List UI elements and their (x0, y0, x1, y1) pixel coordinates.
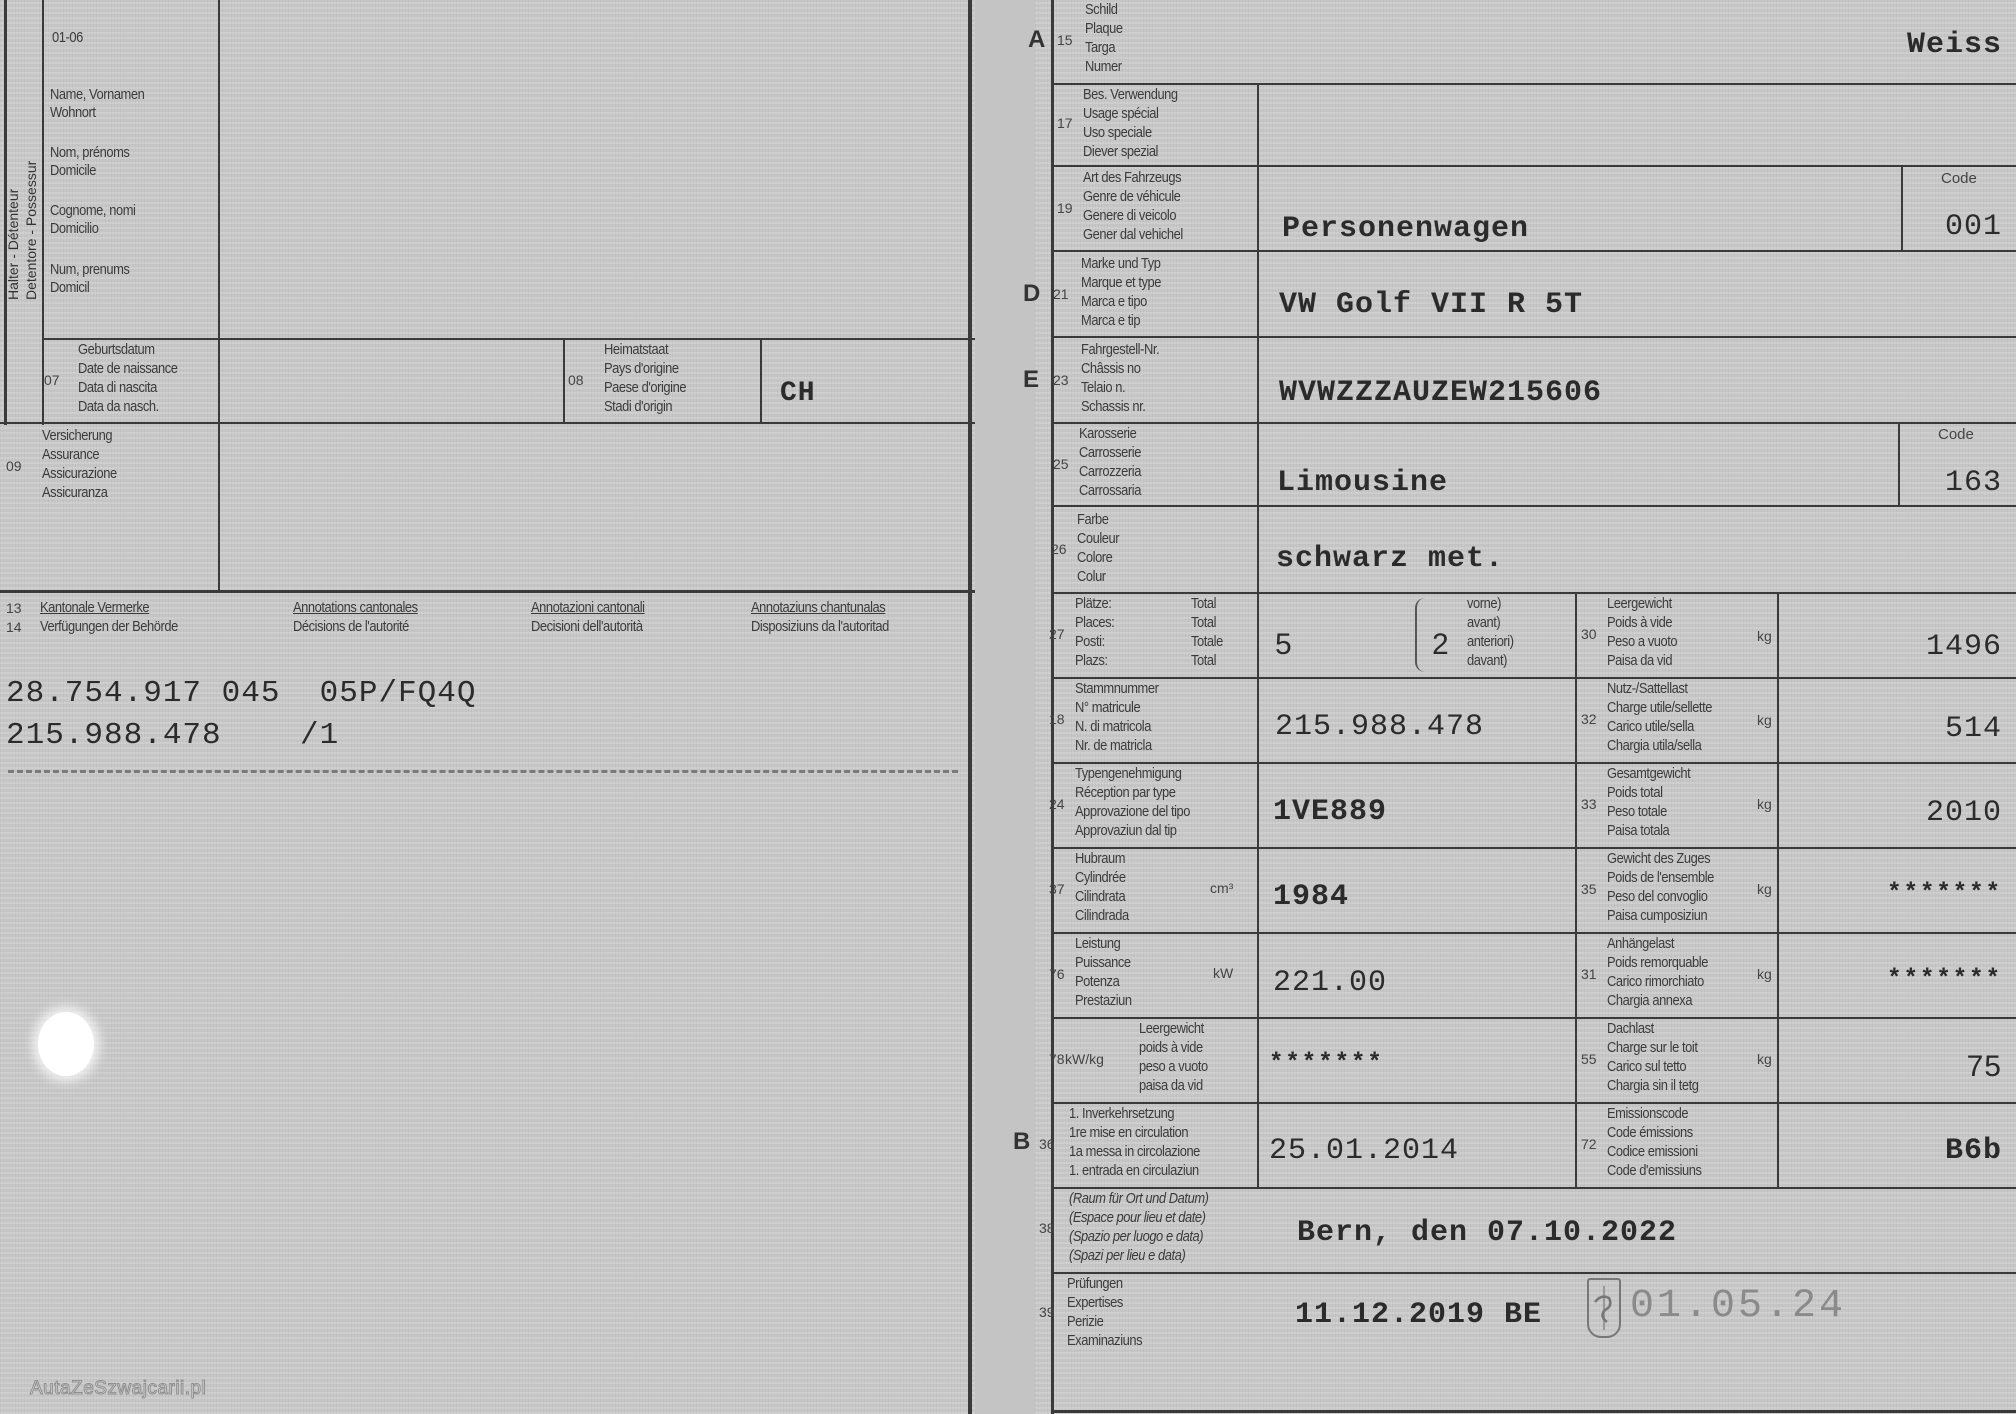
field-label: (Spazi per lieu e data) (1069, 1246, 1185, 1265)
field-label: Emissionscode (1607, 1104, 1688, 1123)
payload-value: 514 (1945, 712, 2002, 746)
inspection-value: 11.12.2019 BE (1295, 1298, 1542, 1332)
field-label: Carico rimorchiato (1607, 972, 1704, 991)
scan-glare (38, 1012, 94, 1076)
field-label: Paisa cumposiziun (1607, 906, 1707, 925)
decisions-header-fr: Décisions de l'autorité (293, 617, 409, 636)
field-number: 39 (1039, 1304, 1055, 1320)
field-label: Anhängelast (1607, 934, 1674, 953)
row-divider (1053, 336, 2016, 338)
field-label: Leergewicht (1139, 1019, 1204, 1038)
field-label: Stammnummer (1075, 679, 1158, 698)
total-weight-value: 2010 (1926, 796, 2002, 830)
field-label: Poids à vide (1607, 613, 1672, 632)
field-label: Usage spécial (1083, 104, 1158, 123)
field-label: peso a vuoto (1139, 1057, 1208, 1076)
field-label: Places: (1075, 613, 1114, 632)
type-approval-value: 1VE889 (1273, 795, 1387, 829)
make-model-value: VW Golf VII R 5T (1279, 288, 1583, 322)
field-label: Code d'emissiuns (1607, 1161, 1702, 1180)
field-label: Réception par type (1075, 783, 1176, 802)
field-label: Domicil (50, 278, 89, 297)
field-label: Perizie (1067, 1312, 1103, 1331)
field-number: 23 (1053, 372, 1069, 388)
field-label: Assicuranza (42, 483, 108, 502)
field-number: 27 (1049, 626, 1065, 642)
row-divider (1053, 165, 2016, 167)
holder-vertical-label-a: Halter - Détenteur (6, 90, 21, 300)
empty-weight-value: 1496 (1926, 630, 2002, 664)
field-label: Domicilio (50, 219, 98, 238)
field-label: Nr. de matricla (1075, 736, 1152, 755)
field-number: 35 (1581, 881, 1597, 897)
field-number: 24 (1049, 796, 1065, 812)
field-number: 30 (1581, 626, 1597, 642)
decisions-header-rm: Disposiziuns da l'autoritad (751, 617, 889, 636)
field-label: Poids remorquable (1607, 953, 1708, 972)
field-label: Carico sul tetto (1607, 1057, 1686, 1076)
column-divider (1257, 83, 1259, 1187)
field-label: Couleur (1077, 529, 1119, 548)
field-number: 76 (1049, 966, 1065, 982)
field-label: Paisa totala (1607, 821, 1669, 840)
holder-name-value (220, 0, 968, 338)
annotations-header-it: Annotazioni cantonali (531, 598, 645, 617)
field-number-08: 08 (568, 372, 584, 388)
field-label: Puissance (1075, 953, 1131, 972)
right-page: A 15 Schild Plaque Targa Numer Weiss 17 … (1035, 0, 2016, 1414)
field-label: Paese d'origine (604, 378, 686, 397)
field-number-09: 09 (6, 458, 22, 474)
field-label: Domicile (50, 161, 96, 180)
annotations-header-de: Kantonale Vermerke (40, 598, 149, 617)
field-sublabel: Total (1191, 613, 1216, 632)
field-number: 21 (1053, 286, 1069, 302)
field-number-01-06: 01-06 (52, 28, 83, 47)
field-number: 31 (1581, 966, 1597, 982)
unit-label: kg (1757, 1051, 1772, 1067)
column-divider (1898, 422, 1900, 505)
inspection-stamp-date: 01.05.24 (1630, 1284, 1846, 1329)
field-label: Gener dal vehichel (1083, 225, 1183, 244)
field-number-07: 07 (44, 372, 60, 388)
column-divider (1901, 165, 1903, 250)
seats-total-value: 5 (1275, 628, 1293, 662)
field-label: Cylindrée (1075, 868, 1126, 887)
field-label: Paisa da vid (1607, 651, 1672, 670)
field-sublabel: anteriori) (1467, 632, 1514, 651)
field-label: Code émissions (1607, 1123, 1693, 1142)
unit-label: kg (1757, 712, 1772, 728)
field-number: 38 (1039, 1220, 1055, 1236)
field-label: Examinaziuns (1067, 1331, 1142, 1350)
field-label: Wohnort (50, 103, 96, 122)
field-label: Bes. Verwendung (1083, 85, 1178, 104)
decisions-header-it: Decisioni dell'autorità (531, 617, 643, 636)
field-label: Carrosserie (1079, 443, 1141, 462)
field-label: Charge sur le toit (1607, 1038, 1698, 1057)
field-number: 26 (1051, 541, 1067, 557)
field-number: 15 (1057, 32, 1073, 48)
column-divider (1777, 592, 1779, 1187)
row-divider (1053, 677, 2016, 679)
field-label: Colore (1077, 548, 1112, 567)
field-label: Cilindrata (1075, 887, 1125, 906)
field-label: Prestaziun (1075, 991, 1132, 1010)
field-label: Peso del convoglio (1607, 887, 1708, 906)
field-label: (Spazio per luogo e data) (1069, 1227, 1203, 1246)
field-number: 55 (1581, 1051, 1597, 1067)
field-label: Peso totale (1607, 802, 1667, 821)
train-weight-value: ******* (1887, 880, 2002, 907)
color-value: schwarz met. (1276, 542, 1504, 576)
field-number-13: 13 (6, 600, 22, 616)
seats-front-value: 2 (1432, 628, 1450, 662)
field-label: Targa (1085, 38, 1115, 57)
bern-coat-of-arms-icon (1587, 1278, 1621, 1338)
field-label: Typengenehmigung (1075, 764, 1181, 783)
field-label: Peso a vuoto (1607, 632, 1677, 651)
field-label: Schild (1085, 0, 1118, 19)
decisions-header-de: Verfügungen der Behörde (40, 617, 178, 636)
row-divider (1053, 932, 2016, 934)
divider (563, 338, 565, 424)
field-label: Poids de l'ensemble (1607, 868, 1714, 887)
annotations-header-rm: Annotaziuns chantunalas (751, 598, 885, 617)
roof-load-value: 75 (1967, 1050, 2002, 1084)
field-label: Posti: (1075, 632, 1105, 651)
field-label: Geburtsdatum (78, 340, 155, 359)
divider (42, 0, 44, 425)
field-label: Genere di veicolo (1083, 206, 1176, 225)
place-date-value: Bern, den 07.10.2022 (1297, 1216, 1677, 1250)
field-label: Codice emissioni (1607, 1142, 1698, 1161)
row-divider (1053, 1410, 2016, 1413)
field-label: poids à vide (1139, 1038, 1203, 1057)
field-label: Châssis no (1081, 359, 1141, 378)
holder-vertical-label-b: Detentore - Possessur (24, 90, 39, 300)
field-label: Assurance (42, 445, 99, 464)
page-gutter (975, 0, 1035, 1414)
field-label: Cilindrada (1075, 906, 1129, 925)
emission-code-value: B6b (1945, 1134, 2002, 1168)
field-label: Leergewicht (1607, 594, 1672, 613)
field-number: 33 (1581, 796, 1597, 812)
field-sublabel: vorne) (1467, 594, 1501, 613)
unit-label: kg (1757, 881, 1772, 897)
row-divider (1053, 83, 2016, 85)
field-label: Carrossaria (1079, 481, 1141, 500)
field-label: Pays d'origine (604, 359, 679, 378)
field-label: Nutz-/Sattellast (1607, 679, 1688, 698)
field-sublabel: Total (1191, 594, 1216, 613)
field-label: 1a messa in circolazione (1069, 1142, 1200, 1161)
field-label: Carrozzeria (1079, 462, 1141, 481)
field-number: 32 (1581, 711, 1597, 727)
birthdate-value (220, 340, 563, 422)
field-label: Charge utile/sellette (1607, 698, 1712, 717)
left-page: Halter - Détenteur Detentore - Possessur… (0, 0, 975, 1414)
field-label: Chargia sin il tetg (1607, 1076, 1699, 1095)
field-number: 25 (1053, 456, 1069, 472)
field-label: Data da nasch. (78, 397, 159, 416)
section-letter-a: A (1028, 26, 1045, 54)
field-sublabel: avant) (1467, 613, 1500, 632)
field-label: 1. entrada en circulaziun (1069, 1161, 1199, 1180)
field-label: Plazs: (1075, 651, 1108, 670)
field-label: Stadi d'origin (604, 397, 672, 416)
watermark: AutaZeSzwajcarii.pl (30, 1378, 206, 1400)
field-label: Chargia utila/sella (1607, 736, 1701, 755)
field-label: N. di matricola (1075, 717, 1151, 736)
field-number-14: 14 (6, 619, 22, 635)
field-label: Plätze: (1075, 594, 1111, 613)
field-label: Approvaziun dal tip (1075, 821, 1177, 840)
first-registration-value: 25.01.2014 (1269, 1134, 1459, 1168)
field-label: 1. Inverkehrsetzung (1069, 1104, 1174, 1123)
field-label: Uso speciale (1083, 123, 1152, 142)
section-letter-d: D (1023, 280, 1040, 308)
field-label: Chargia annexa (1607, 991, 1692, 1010)
master-number-value: 215.988.478 (1275, 710, 1484, 744)
power-value: 221.00 (1273, 966, 1387, 1000)
unit-label: cm³ (1210, 880, 1233, 896)
row-divider (1053, 250, 2016, 252)
field-label: Marke und Typ (1081, 254, 1161, 273)
displacement-value: 1984 (1273, 880, 1349, 914)
field-label: 1re mise en circulation (1069, 1123, 1188, 1142)
field-sublabel: Totale (1191, 632, 1223, 651)
field-label: Nom, prénoms (50, 143, 129, 162)
annotations-header-fr: Annotations cantonales (293, 598, 418, 617)
row-divider (1053, 505, 2016, 507)
field-label: Plaque (1085, 19, 1123, 38)
vehicle-type-code: 001 (1945, 210, 2002, 244)
field-label: Heimatstaat (604, 340, 668, 359)
chassis-number-value: WVWZZZAUZEW215606 (1279, 376, 1602, 410)
field-label: (Espace pour lieu et date) (1069, 1208, 1206, 1227)
field-label: Date de naissance (78, 359, 178, 378)
field-label: Hubraum (1075, 849, 1125, 868)
annotation-line-2: 215.988.478 /1 (6, 718, 339, 753)
page-edge (1051, 0, 1054, 1414)
section-letter-b: B (1013, 1128, 1030, 1156)
row-divider (1053, 847, 2016, 849)
field-label: Genre de véhicule (1083, 187, 1180, 206)
code-header: Code (1941, 170, 1977, 187)
annotation-dashed-line (8, 770, 958, 773)
field-label: Leistung (1075, 934, 1120, 953)
brace (1415, 598, 1425, 672)
field-label: Fahrgestell-Nr. (1081, 340, 1159, 359)
field-label: Num, prenums (50, 260, 129, 279)
field-number: 17 (1057, 115, 1073, 131)
field-label: Art des Fahrzeugs (1083, 168, 1181, 187)
unit-label: kg (1757, 628, 1772, 644)
section-letter-e: E (1023, 366, 1039, 394)
body-type-value: Limousine (1277, 466, 1448, 500)
field-label: Approvazione del tipo (1075, 802, 1190, 821)
row-divider (1053, 1102, 2016, 1104)
field-label: Name, Vornamen (50, 85, 144, 104)
field-number: 19 (1057, 200, 1073, 216)
unit-label: kg (1757, 966, 1772, 982)
power-to-weight-value: ******* (1269, 1050, 1384, 1077)
field-label: Cognome, nomi (50, 201, 135, 220)
row-divider (1053, 422, 2016, 424)
field-label: Marca e tip (1081, 311, 1140, 330)
field-number: 36 (1039, 1136, 1055, 1152)
field-label: Karosserie (1079, 424, 1136, 443)
field-label: Gesamtgewicht (1607, 764, 1690, 783)
field-label: Dachlast (1607, 1019, 1654, 1038)
field-label: Schassis nr. (1081, 397, 1145, 416)
page-edge (968, 0, 972, 1414)
divider (0, 590, 977, 593)
field-label: N° matricule (1075, 698, 1140, 717)
field-label: Marca e tipo (1081, 292, 1147, 311)
country-of-origin-value: CH (780, 378, 816, 409)
field-label: Farbe (1077, 510, 1109, 529)
field-number: 78 (1049, 1051, 1065, 1067)
divider (760, 338, 762, 424)
field-sublabel: davant) (1467, 651, 1507, 670)
row-divider (1053, 762, 2016, 764)
field-label: Prüfungen (1067, 1274, 1123, 1293)
unit-label: kW (1213, 965, 1233, 981)
field-label: Colur (1077, 567, 1106, 586)
field-sublabel: Total (1191, 651, 1216, 670)
field-label: paisa da vid (1139, 1076, 1203, 1095)
body-type-code: 163 (1945, 466, 2002, 500)
field-label: (Raum für Ort und Datum) (1069, 1189, 1209, 1208)
field-label: Numer (1085, 57, 1122, 76)
field-label: Data di nascita (78, 378, 157, 397)
code-header: Code (1938, 426, 1974, 443)
field-label: Diever spezial (1083, 142, 1158, 161)
field-label: Expertises (1067, 1293, 1123, 1312)
field-label: Telaio n. (1081, 378, 1125, 397)
field-number: 18 (1049, 711, 1065, 727)
field-number: 37 (1049, 881, 1065, 897)
column-divider (1575, 592, 1577, 1187)
field-label: Assicurazione (42, 464, 117, 483)
field-number: 72 (1581, 1136, 1597, 1152)
unit-label: kW/kg (1065, 1051, 1104, 1067)
plate-value: Weiss (1907, 28, 2002, 62)
field-label: Carico utile/sella (1607, 717, 1694, 736)
annotation-line-1: 28.754.917 045 05P/FQ4Q (6, 676, 476, 711)
field-label: Potenza (1075, 972, 1119, 991)
unit-label: kg (1757, 796, 1772, 812)
field-label: Gewicht des Zuges (1607, 849, 1710, 868)
field-label: Marque et type (1081, 273, 1161, 292)
vehicle-type-value: Personenwagen (1282, 212, 1529, 246)
insurance-value (220, 424, 968, 590)
field-label: Poids total (1607, 783, 1663, 802)
trailer-load-value: ******* (1887, 966, 2002, 993)
field-label: Versicherung (42, 426, 112, 445)
row-divider (1053, 1272, 2016, 1274)
